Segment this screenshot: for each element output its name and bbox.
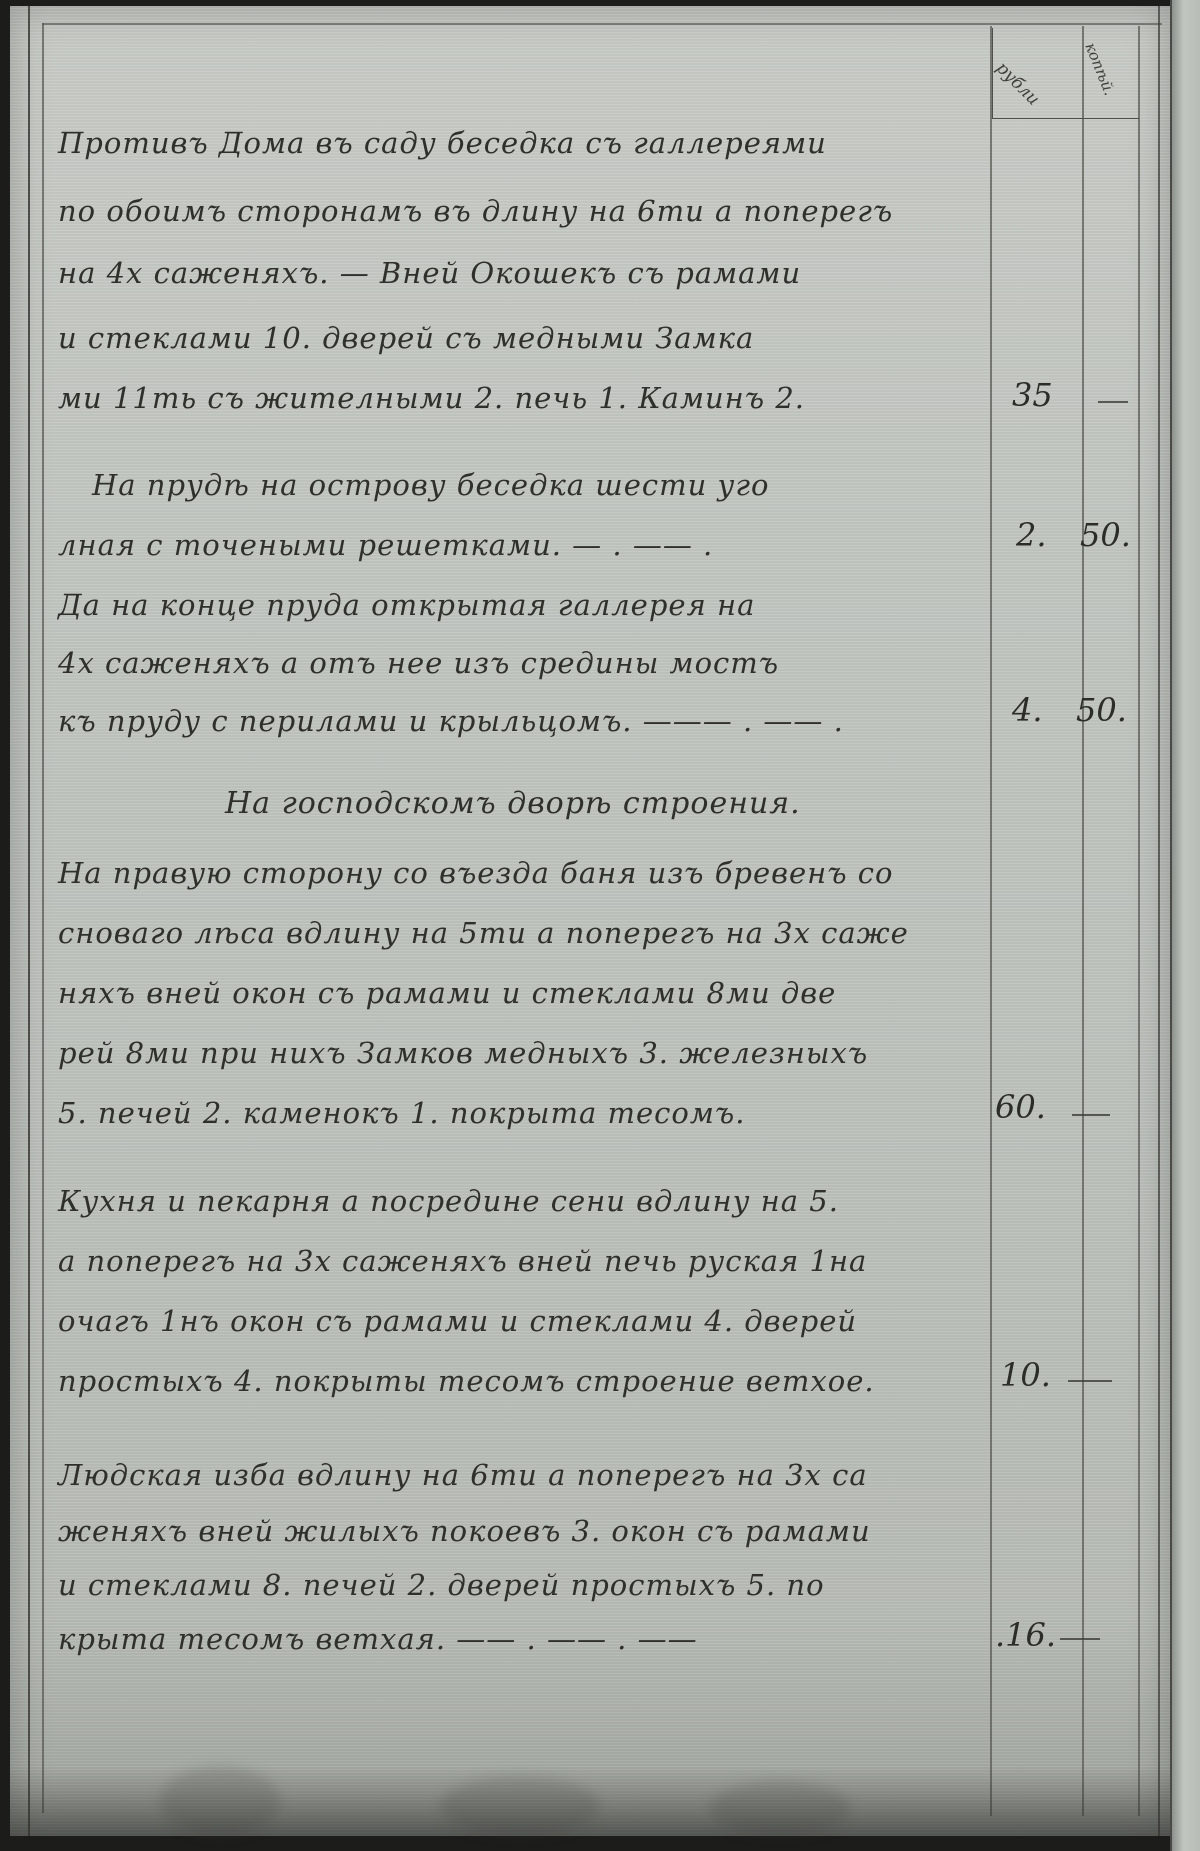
- entry-line: простыхъ 4. покрыты тесомъ строение ветх…: [58, 1364, 875, 1398]
- entry-line: лная с точеными решетками. — . —— .: [58, 528, 713, 562]
- entry-line: ми 11ть съ жителными 2. печь 1. Каминъ 2…: [58, 381, 805, 415]
- kopecks-value: 50.: [1076, 691, 1127, 729]
- rubles-value: .16.: [995, 1616, 1056, 1654]
- entry-line: На правую сторону со въезда баня изъ бре…: [58, 856, 894, 890]
- dash-mark: [1068, 1380, 1112, 1382]
- rubles-value: 4.: [1012, 691, 1043, 729]
- entry-line: очагъ 1нъ окон съ рамами и стеклами 4. д…: [58, 1304, 857, 1338]
- entry-line: Противъ Дома въ саду беседка съ галлерея…: [58, 126, 827, 160]
- entry-line: няхъ вней окон съ рамами и стеклами 8ми …: [58, 976, 836, 1010]
- kopecks-value: 50.: [1080, 516, 1131, 554]
- left-margin-rule: [42, 23, 44, 1813]
- entry-line: къ пруду с перилами и крыльцомъ. ——— . —…: [58, 704, 844, 738]
- entry-line: крыта тесомъ ветхая. —— . —— . ——: [58, 1622, 698, 1656]
- entry-line: по обоимъ сторонамъ въ длину на 6ти а по…: [58, 194, 893, 228]
- entry-line: На прудѣ на острову беседка шести уго: [92, 468, 769, 502]
- adjacent-page-edge: [1170, 0, 1200, 1851]
- entry-line: Людская изба вдлину на 6ти а поперегъ на…: [58, 1458, 868, 1492]
- entry-line: сноваго лѣса вдлину на 5ти а поперегъ на…: [58, 916, 909, 950]
- dash-mark: [1098, 401, 1128, 403]
- manuscript-page: рубли копѣй. Противъ Дома въ саду беседк…: [10, 6, 1170, 1836]
- entry-line: 5. печей 2. каменокъ 1. покрыта тесомъ.: [58, 1096, 745, 1130]
- top-rule: [42, 23, 1162, 25]
- dash-mark: [1060, 1638, 1100, 1640]
- entry-line: и стеклами 8. печей 2. дверей простыхъ 5…: [58, 1568, 825, 1602]
- page-fold-line: [1158, 6, 1160, 1836]
- entry-line: 4х саженяхъ а отъ нее изъ средины мостъ: [58, 646, 779, 680]
- rubles-value: 10.: [1000, 1356, 1051, 1394]
- entry-line: Кухня и пекарня а посредине сени вдлину …: [58, 1184, 839, 1218]
- rubles-value: 2.: [1016, 516, 1047, 554]
- page-edge-line: [28, 6, 30, 1836]
- entry-line: на 4х саженяхъ. — Вней Окошекъ съ рамами: [58, 256, 801, 290]
- rubles-value: 35: [1012, 376, 1053, 414]
- entry-line: и стеклами 10. дверей съ медными Замка: [58, 321, 754, 355]
- entry-line: Да на конце пруда открытая галлерея на: [58, 588, 755, 622]
- rubles-column-rule: [990, 26, 992, 1816]
- page-bottom-shadow: [10, 1766, 1170, 1836]
- rubles-value: 60.: [995, 1088, 1046, 1126]
- entry-line: рей 8ми при нихъ Замков медныхъ 3. желез…: [58, 1036, 868, 1070]
- right-column-rule: [1138, 26, 1140, 1816]
- dash-mark: [1072, 1114, 1110, 1116]
- entry-line: а поперегъ на 3х саженяхъ вней печь руск…: [58, 1244, 867, 1278]
- kopecks-column-rule: [1082, 26, 1084, 1816]
- section-heading: На господскомъ дворѣ строения.: [225, 786, 801, 821]
- entry-line: женяхъ вней жилыхъ покоевъ 3. окон съ ра…: [58, 1514, 871, 1548]
